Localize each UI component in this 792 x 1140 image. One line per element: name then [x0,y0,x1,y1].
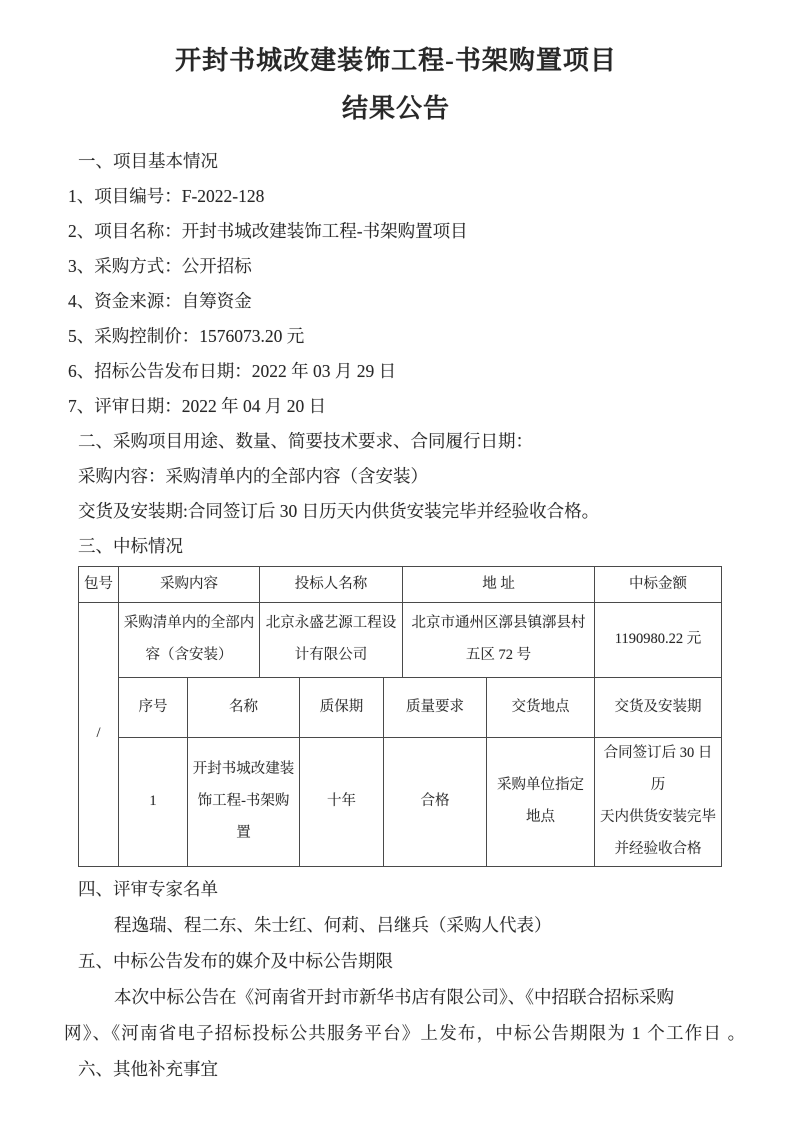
document-page: 开封书城改建装饰工程-书架购置项目 结果公告 一、项目基本情况 1、项目编号：F… [0,0,792,1140]
section2-heading: 二、采购项目用途、数量、简要技术要求、合同履行日期： [78,424,764,459]
document-body: 一、项目基本情况 1、项目编号：F-2022-128 2、项目名称：开封书城改建… [0,144,792,1087]
cell-package-no: / [79,603,119,867]
control-price-line: 5、采购控制价：1576073.20 元 [68,319,764,354]
cell-award-amount: 1190980.22 元 [595,603,722,678]
procurement-method-line: 3、采购方式：公开招标 [68,249,764,284]
th-procurement-content: 采购内容 [119,567,260,603]
section6-heading: 六、其他补充事宜 [78,1051,764,1087]
doc-title: 开封书城改建装饰工程-书架购置项目 [0,40,792,82]
doc-subtitle: 结果公告 [0,88,792,130]
section3-heading: 三、中标情况 [78,529,764,564]
media-paragraph-line2: 网》、《河南省电子招标投标公共服务平台》上发布，中标公告期限为 1 个工作日 。 [64,1015,764,1051]
media-paragraph-line1: 本次中标公告在《河南省开封市新华书店有限公司》、《中招联合招标采购 [78,979,764,1015]
cell-delivery-place: 采购单位指定 地点 [487,738,595,867]
th-delivery-place: 交货地点 [487,678,595,738]
cell-item-no: 1 [119,738,188,867]
funding-source-line: 4、资金来源：自筹资金 [68,284,764,319]
project-number-line: 1、项目编号：F-2022-128 [68,179,764,214]
project-name-line: 2、项目名称：开封书城改建装饰工程-书架购置项目 [68,214,764,249]
announcement-date-line: 6、招标公告发布日期：2022 年 03 月 29 日 [68,354,764,389]
cell-warranty: 十年 [300,738,384,867]
th-item-name: 名称 [188,678,300,738]
th-delivery-period: 交货及安装期 [595,678,722,738]
cell-item-name: 开封书城改建装 饰工程-书架购 置 [188,738,300,867]
section4-heading: 四、评审专家名单 [78,871,764,907]
review-date-line: 7、评审日期：2022 年 04 月 20 日 [68,389,764,424]
delivery-period-line: 交货及安装期:合同签订后 30 日历天内供货安装完毕并经验收合格。 [78,494,764,529]
procurement-content-line: 采购内容：采购清单内的全部内容（含安装） [78,459,764,494]
th-item-no: 序号 [119,678,188,738]
th-package-no: 包号 [79,567,119,603]
cell-delivery-period: 合同签订后 30 日历 天内供货安装完毕 并经验收合格 [595,738,722,867]
award-result-table: 包号 采购内容 投标人名称 地 址 中标金额 / 采购清单内的全部内 容（含安装… [78,566,722,867]
th-warranty: 质保期 [300,678,384,738]
th-address: 地 址 [403,567,595,603]
cell-address: 北京市通州区漷县镇漷县村 五区 72 号 [403,603,595,678]
cell-quality: 合格 [384,738,487,867]
th-award-amount: 中标金额 [595,567,722,603]
section1-heading: 一、项目基本情况 [78,144,764,179]
section5-heading: 五、中标公告发布的媒介及中标公告期限 [78,943,764,979]
cell-bidder-name: 北京永盛艺源工程设 计有限公司 [260,603,403,678]
th-bidder-name: 投标人名称 [260,567,403,603]
expert-names-line: 程逸瑞、程二东、朱士红、何莉、吕继兵（采购人代表） [78,907,764,943]
th-quality: 质量要求 [384,678,487,738]
cell-procurement-content: 采购清单内的全部内 容（含安装） [119,603,260,678]
